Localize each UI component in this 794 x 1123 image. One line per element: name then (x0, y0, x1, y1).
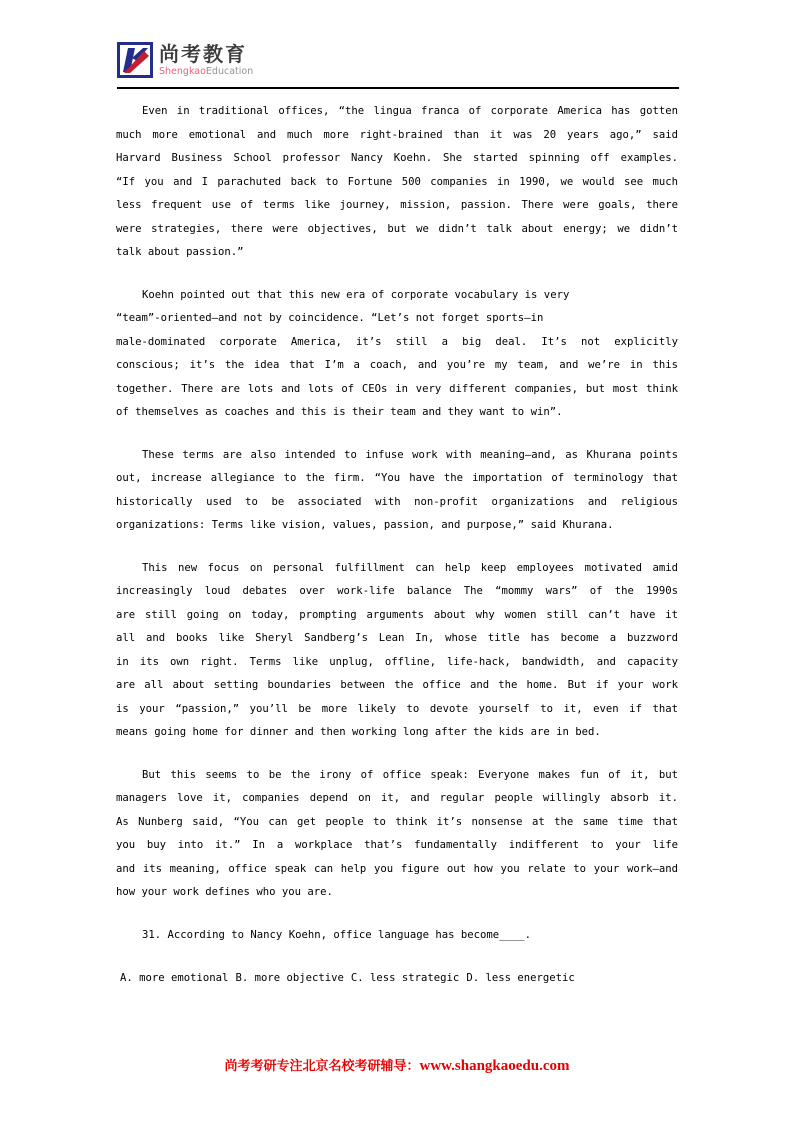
question-31: 31. According to Nancy Koehn, office lan… (116, 924, 678, 948)
reading-passage: Even in traditional offices, “the lingua… (116, 100, 678, 991)
header-divider (117, 87, 679, 89)
option-d: D. less energetic (466, 972, 574, 984)
logo-k-icon (117, 42, 153, 78)
text-line: But this seems to be the irony of office… (116, 764, 678, 788)
footer: 尚考考研专注北京名校考研辅导：www.shangkaoedu.com (0, 1055, 794, 1075)
text-line: conscious; it’s the idea that I’m a coac… (116, 354, 678, 378)
paragraph: Even in traditional offices, “the lingua… (116, 100, 678, 265)
brand-name-cn: 尚考教育 (159, 42, 253, 66)
text-line: means going home for dinner and then wor… (116, 721, 678, 745)
text-line: is your “passion,” you’ll be more likely… (116, 698, 678, 722)
text-line: much more emotional and much more right-… (116, 124, 678, 148)
logo: 尚考教育 ShengkaoEducation (117, 42, 794, 78)
question-block: 31. According to Nancy Koehn, office lan… (116, 924, 678, 991)
text-line: increasingly loud debates over work-life… (116, 580, 678, 604)
footer-slogan: 尚考考研专注北京名校考研辅导： (224, 1059, 419, 1074)
text-line: Harvard Business School professor Nancy … (116, 147, 678, 171)
paragraph: Koehn pointed out that this new era of c… (116, 284, 678, 425)
options-row: A. more emotionalB. more objectiveC. les… (116, 967, 678, 991)
paragraph: This new focus on personal fulfillment c… (116, 557, 678, 745)
text-line: talk about passion.” (116, 241, 678, 265)
text-line: and its meaning, office speak can help y… (116, 858, 678, 882)
text-line: out, increase allegiance to the firm. “Y… (116, 467, 678, 491)
paragraph: But this seems to be the irony of office… (116, 764, 678, 905)
footer-url[interactable]: www.shangkaoedu.com (419, 1058, 569, 1074)
text-line: “If you and I parachuted back to Fortune… (116, 171, 678, 195)
text-line: This new focus on personal fulfillment c… (116, 557, 678, 581)
option-a: A. more emotional (120, 972, 228, 984)
brand-name-en: ShengkaoEducation (159, 66, 253, 77)
logo-text: 尚考教育 ShengkaoEducation (159, 42, 253, 77)
text-line: Koehn pointed out that this new era of c… (116, 284, 678, 308)
header: 尚考教育 ShengkaoEducation (0, 0, 794, 89)
text-line: all and books like Sheryl Sandberg’s Lea… (116, 627, 678, 651)
brand-en-primary: Shengkao (159, 66, 206, 77)
text-line: managers love it, companies depend on it… (116, 787, 678, 811)
article-body: Even in traditional offices, “the lingua… (116, 100, 678, 905)
text-line: are still going on today, prompting argu… (116, 604, 678, 628)
option-b: B. more objective (235, 972, 343, 984)
text-line: together. There are lots and lots of CEO… (116, 378, 678, 402)
text-line: Even in traditional offices, “the lingua… (116, 100, 678, 124)
text-line: organizations: Terms like vision, values… (116, 514, 678, 538)
text-line: These terms are also intended to infuse … (116, 444, 678, 468)
option-c: C. less strategic (351, 972, 459, 984)
text-line: in its own right. Terms like unplug, off… (116, 651, 678, 675)
text-line: were strategies, there were objectives, … (116, 218, 678, 242)
paragraph: These terms are also intended to infuse … (116, 444, 678, 538)
text-line: are all about setting boundaries between… (116, 674, 678, 698)
brand-en-secondary: Education (206, 66, 253, 77)
text-line: you buy into it.” In a workplace that’s … (116, 834, 678, 858)
document-page: 尚考教育 ShengkaoEducation Even in tradition… (0, 0, 794, 1123)
text-line: male-dominated corporate America, it’s s… (116, 331, 678, 355)
text-line: As Nunberg said, “You can get people to … (116, 811, 678, 835)
text-line: of themselves as coaches and this is the… (116, 401, 678, 425)
text-line: how your work defines who you are. (116, 881, 678, 905)
text-line: less frequent use of terms like journey,… (116, 194, 678, 218)
text-line: “team”-oriented—and not by coincidence. … (116, 307, 678, 331)
text-line: historically used to be associated with … (116, 491, 678, 515)
